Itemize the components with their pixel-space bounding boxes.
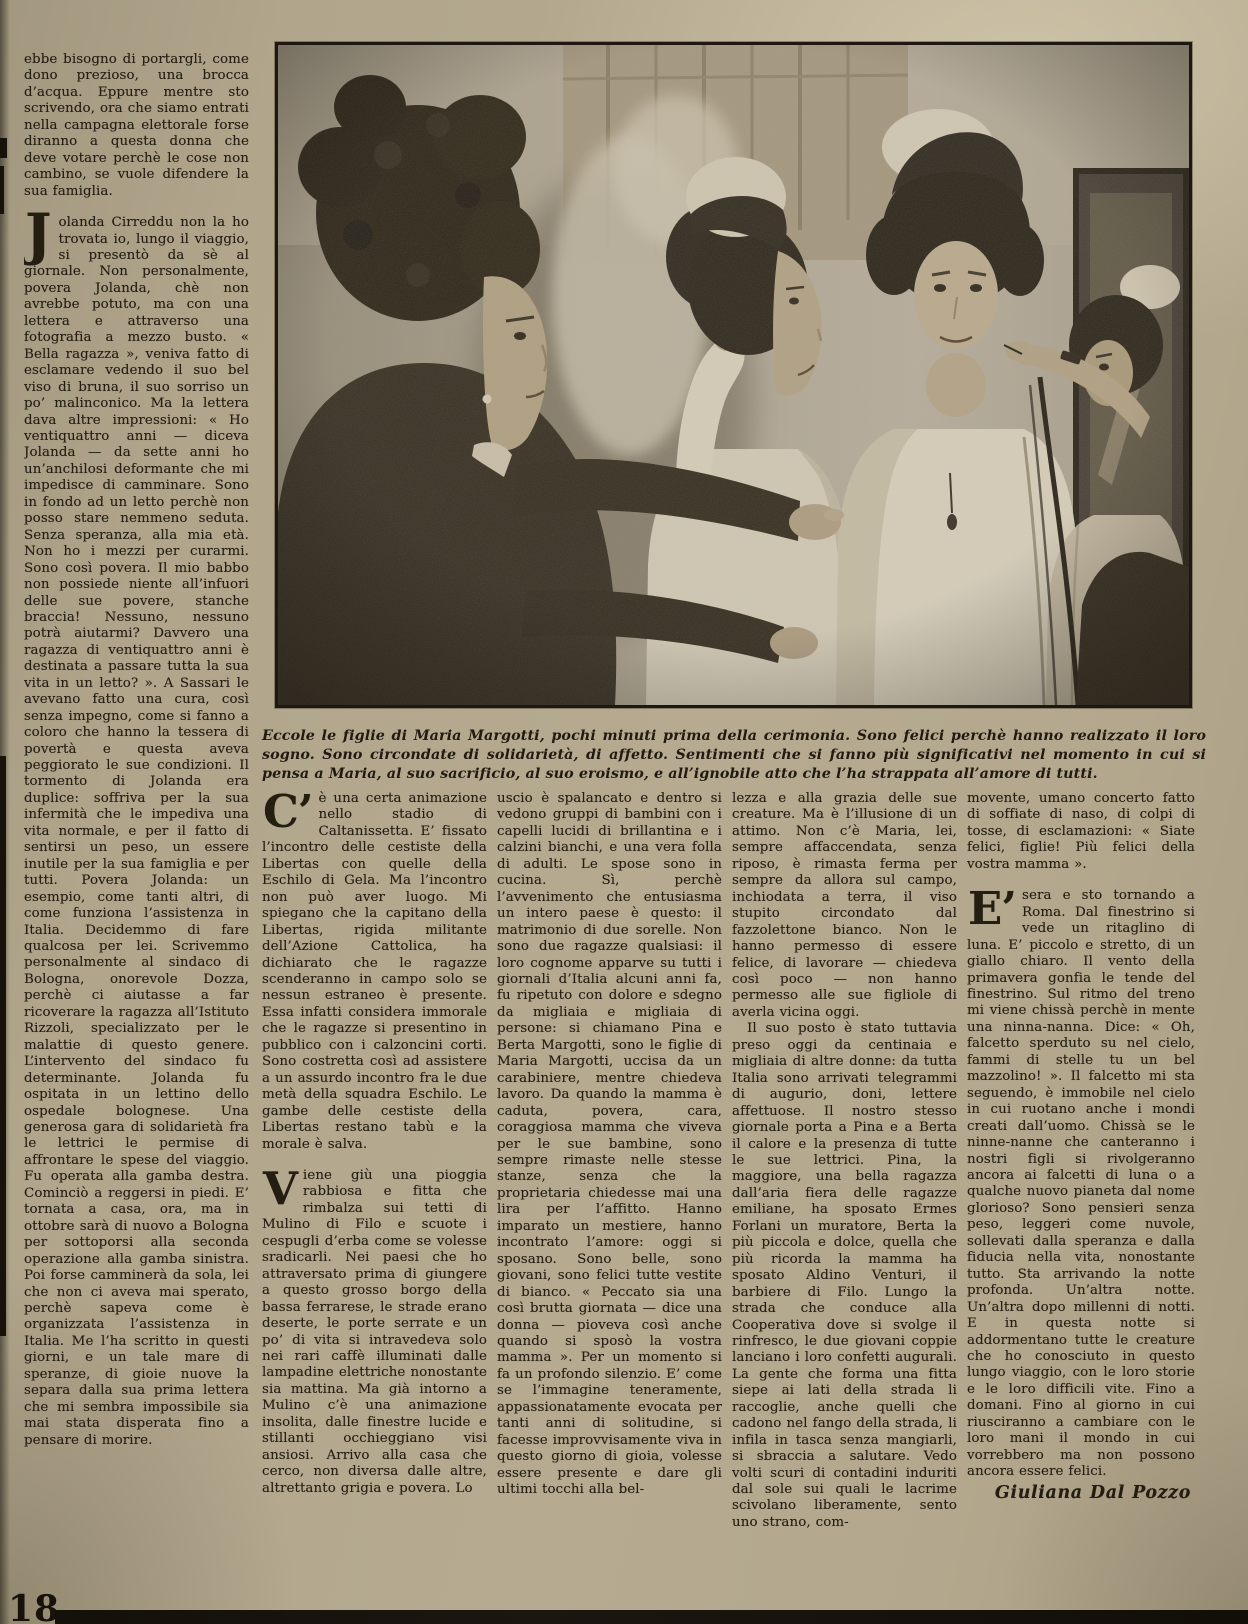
article-column-4: movente, umano concerto fatto di soffiat…	[967, 791, 1195, 1601]
vignette-overlay	[278, 45, 1189, 705]
drop-cap-E: E’	[967, 888, 1022, 927]
wedding-photo-illustration	[278, 45, 1189, 705]
paragraph: movente, umano concerto fatto di soffiat…	[967, 791, 1195, 873]
paragraph-dropcap: Jolanda Cirreddu non la ho trovata io, l…	[24, 215, 249, 1449]
scan-edge-mark	[0, 756, 6, 1336]
paragraph-dropcap: Viene giù una pioggia rabbiosa e fitta c…	[262, 1168, 487, 1497]
paragraph-text: è una certa animazione nello stadio di C…	[262, 791, 487, 1152]
paragraph-dropcap: C’è una certa animazione nello stadio di…	[262, 791, 487, 1153]
photo-caption: Eccole le figlie di Maria Margotti, poch…	[262, 727, 1206, 783]
page-number: 18	[8, 1588, 60, 1624]
paragraph-text: sera e sto tornando a Roma. Dal finestri…	[967, 888, 1195, 1479]
left-article-column: ebbe bisogno di portargli, come dono pre…	[24, 52, 249, 1584]
paragraph: ebbe bisogno di portargli, come dono pre…	[24, 52, 249, 200]
paragraph: uscio è spalancato e dentro si vedono gr…	[497, 791, 722, 1498]
drop-cap-J: J	[24, 215, 59, 253]
paragraph-text: olanda Cirreddu non la ho trovata io, lu…	[24, 215, 249, 1448]
article-column-3: lezza e alla grazia delle sue creature. …	[732, 791, 957, 1591]
bottom-rule-bar	[55, 1610, 1248, 1624]
author-byline: Giuliana Dal Pozzo	[967, 1485, 1195, 1501]
scan-edge-mark	[0, 166, 4, 214]
drop-cap-V: V	[262, 1168, 303, 1207]
wedding-photo	[275, 42, 1192, 708]
paragraph-dropcap: E’sera e sto tornando a Roma. Dal finest…	[967, 888, 1195, 1480]
article-column-1: C’è una certa animazione nello stadio di…	[262, 791, 487, 1591]
paragraph: lezza e alla grazia delle sue creature. …	[732, 791, 957, 1021]
paragraph: Il suo posto è stato tuttavia preso oggi…	[732, 1021, 957, 1531]
drop-cap-C: C’	[262, 791, 318, 830]
article-column-2: uscio è spalancato e dentro si vedono gr…	[497, 791, 722, 1591]
scan-edge-mark	[0, 138, 7, 158]
magazine-page: ebbe bisogno di portargli, come dono pre…	[0, 0, 1248, 1624]
paragraph-text: iene giù una pioggia rabbiosa e fitta ch…	[262, 1168, 487, 1496]
